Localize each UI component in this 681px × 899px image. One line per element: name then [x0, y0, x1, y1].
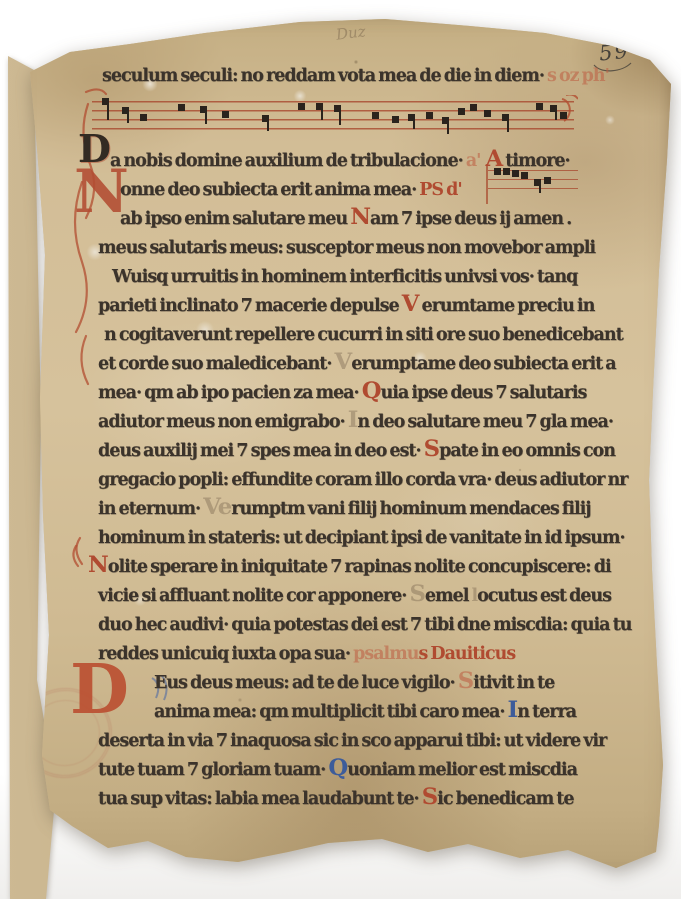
text-line: anima mea: qm multiplicit tibi caro mea·… [154, 698, 631, 727]
neume-note [372, 112, 379, 119]
text-line: duo hec audivi· quia potestas dei est 7 … [98, 611, 631, 640]
text-line: gregacio popli: effundite coram illo cor… [98, 466, 631, 495]
text-segment: mea· qm ab ipo pacien za mea· [98, 383, 362, 403]
text-line: vicie si affluant nolite cor apponere· S… [98, 582, 631, 611]
neume-note [334, 105, 341, 112]
text-segment: n terra [517, 702, 576, 722]
text-segment: deserta in via 7 inaquosa sic in sco app… [98, 731, 606, 751]
text-lines-below-staff: a nobis domine auxilium de tribulacione·… [98, 147, 631, 814]
text-lines-above-staff: seculum seculi: no reddam vota mea de di… [98, 62, 631, 91]
neume-note [442, 117, 449, 124]
text-line: tute tuam 7 gloriam tuam· Quoniam melior… [98, 756, 631, 785]
rubric-segment: Q [362, 378, 381, 404]
text-segment: ic benedicam te [437, 789, 573, 809]
rubric-segment: V [335, 349, 352, 375]
text-segment: reddes unicuiq iuxta opa sua· [98, 644, 353, 664]
text-segment: n deo salutare meu 7 gla mea· [357, 412, 613, 432]
neume-note [426, 112, 433, 119]
text-segment: tua sup vitas: labia mea laudabunt te· [98, 789, 422, 809]
neume-note [484, 110, 491, 117]
rubric-segment: a' [466, 151, 481, 171]
music-staff [92, 95, 574, 135]
text-segment: uoniam melior est miscdia [347, 760, 577, 780]
rubric-segment: N [88, 552, 108, 578]
text-line: Nolite sperare in iniquitate 7 rapinas n… [88, 553, 631, 582]
text-segment: n cogitaverunt repellere cucurri in siti… [104, 325, 623, 345]
neume-note [140, 114, 147, 121]
text-line: Wuisq urruitis in hominem interficitis u… [112, 263, 631, 292]
text-segment: erumptame deo subiecta erit a [351, 354, 615, 374]
text-segment: itivit in te [473, 673, 554, 693]
rubric-segment: S [422, 784, 437, 810]
neume-stem [447, 123, 449, 134]
neume-note [298, 103, 305, 110]
text-segment: pate in eo omnis con [439, 441, 615, 461]
text-line: onne deo subiecta erit anima mea· PS d' [120, 176, 631, 205]
neume-stem [339, 111, 341, 125]
top-inscription: Duz [335, 22, 367, 43]
text-line: adiutor meus non emigrabo· In deo saluta… [98, 408, 631, 437]
text-segment: anima mea: qm multiplicit tibi caro mea· [154, 702, 508, 722]
rubric-segment: A [481, 146, 503, 172]
text-segment: hominum in stateris: ut decipiant ipsi d… [98, 528, 625, 548]
text-line: in eternum· Verumptm vani filij hominum … [98, 495, 631, 524]
rubric-segment: s Dauiticus [418, 644, 515, 664]
text-segment: seculum seculi: no reddam vota mea de di… [102, 66, 544, 86]
neume-note [502, 114, 509, 121]
text-line: ab ipso enim salutare meu Nam 7 ipse deu… [120, 205, 631, 234]
text-segment: am 7 ipse deus ij amen . [370, 209, 571, 229]
text-segment: rumptm vani filij hominum mendaces filij [231, 499, 590, 519]
text-segment: et corde suo maledicebant· [98, 354, 335, 374]
text-segment: in eternum· [98, 499, 203, 519]
text-segment: meus salutaris meus: susceptor meus non … [98, 238, 595, 258]
neume-note [458, 108, 465, 115]
text-segment: tute tuam 7 gloriam tuam· [98, 760, 328, 780]
text-line: reddes unicuiq iuxta opa sua· psalmus Da… [98, 640, 631, 669]
neume-note [122, 107, 129, 114]
rubric-segment: psalmu [353, 644, 418, 664]
text-line: a nobis domine auxilium de tribulacione·… [110, 147, 631, 176]
text-block: seculum seculi: no reddam vota mea de di… [98, 62, 631, 814]
neume-note [408, 114, 415, 121]
neume-note [470, 104, 477, 111]
text-line: mea· qm ab ipo pacien za mea· Quia ipse … [98, 379, 631, 408]
text-segment: gregacio popli: effundite coram illo cor… [98, 470, 627, 490]
text-line: n cogitaverunt repellere cucurri in siti… [104, 321, 631, 350]
text-segment: olite sperare in iniquitate 7 rapinas no… [108, 557, 611, 577]
text-line: meus salutaris meus: susceptor meus non … [98, 234, 631, 263]
neume-note [262, 115, 269, 122]
neume-stem [555, 111, 557, 120]
text-segment: timore· [502, 151, 569, 171]
parchment-page: Duz 59 D N D [0, 0, 681, 899]
text-segment: Eus deus meus: ad te de luce vigilo· [154, 673, 458, 693]
rubric-segment: S [458, 668, 473, 694]
text-segment: erumtame preciu in [418, 296, 594, 316]
neume-note [316, 103, 323, 110]
neume-stem [507, 120, 509, 132]
text-line: parieti inclinato 7 macerie depulse V er… [98, 292, 631, 321]
text-line: deserta in via 7 inaquosa sic in sco app… [98, 727, 631, 756]
text-line: hominum in stateris: ut decipiant ipsi d… [98, 524, 631, 553]
text-line: Eus deus meus: ad te de luce vigilo· Sit… [154, 669, 631, 698]
text-segment: uia ipse deus 7 salutaris [381, 383, 587, 403]
text-line: deus auxilij mei 7 spes mea in deo est· … [98, 437, 631, 466]
rubric-segment: I [508, 697, 518, 723]
neume-note [550, 105, 557, 112]
text-segment: emel [425, 586, 472, 606]
rubric-segment: Q [328, 755, 347, 781]
text-segment: parieti inclinato 7 macerie depulse [98, 296, 402, 316]
neume-note [200, 106, 207, 113]
neume-stem [107, 104, 109, 120]
neume-note [560, 112, 567, 119]
text-line: seculum seculi: no reddam vota mea de di… [102, 62, 631, 91]
text-segment: ab ipso enim salutare meu [120, 209, 350, 229]
rubric-segment: s oz ph' [544, 66, 609, 86]
neume-note [222, 111, 229, 118]
text-segment: ocutus est deus [477, 586, 611, 606]
parchment-surface: Duz 59 D N D [0, 0, 681, 899]
text-segment: onne deo subiecta erit anima mea· [120, 180, 419, 200]
text-line: et corde suo maledicebant· Verumptame de… [98, 350, 631, 379]
rubric-segment: V [402, 291, 419, 317]
text-segment: vicie si affluant nolite cor apponere· [98, 586, 409, 606]
text-segment: a nobis domine auxilium de tribulacione· [110, 151, 466, 171]
neume-stem [321, 109, 323, 120]
neume-stem [267, 121, 269, 131]
neume-stem [413, 120, 415, 129]
rubric-segment: S [409, 581, 424, 607]
manuscript-photo: Duz 59 D N D [0, 0, 681, 899]
rubric-segment: S [424, 436, 439, 462]
rubric-segment: N [350, 204, 370, 230]
neume-note [102, 98, 109, 105]
rubric-segment: I [348, 407, 358, 433]
rubric-segment: PS d' [419, 180, 461, 200]
text-segment: deus auxilij mei 7 spes mea in deo est· [98, 441, 424, 461]
neume-stem [127, 113, 129, 123]
neume-note [536, 103, 543, 110]
rubric-segment: Ve [203, 494, 231, 520]
text-segment: Wuisq urruitis in hominem interficitis u… [112, 267, 577, 287]
neume-stem [205, 112, 207, 124]
text-line: tua sup vitas: labia mea laudabunt te· S… [98, 785, 631, 814]
text-segment: adiutor meus non emigrabo· [98, 412, 348, 432]
neume-note [392, 116, 399, 123]
text-segment: duo hec audivi· quia potestas dei est 7 … [98, 615, 631, 635]
neume-note [178, 104, 185, 111]
